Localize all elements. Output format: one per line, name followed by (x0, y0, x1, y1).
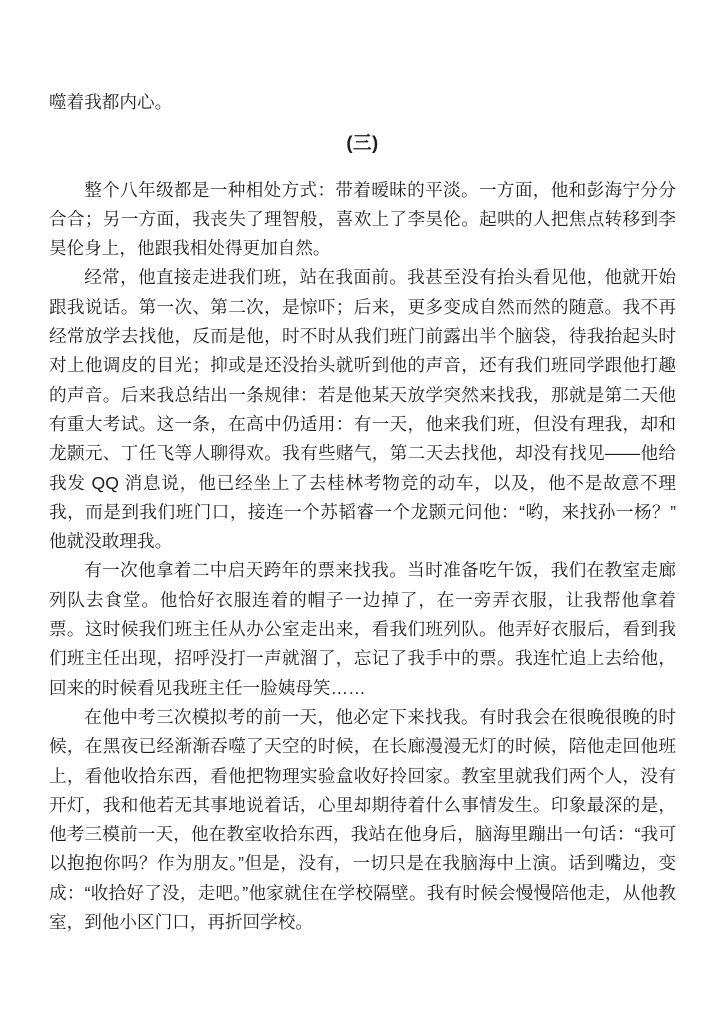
document-page: 噬着我都内心。 (三) 整个八年级都是一种相处方式：带着暧昧的平淡。一方面，他和… (0, 0, 725, 1024)
body-paragraph: 整个八年级都是一种相处方式：带着暧昧的平淡。一方面，他和彭海宁分分合合；另一方面… (49, 176, 676, 264)
continuation-paragraph: 噬着我都内心。 (49, 88, 676, 117)
body-paragraph: 经常，他直接走进我们班，站在我面前。我甚至没有抬头看见他，他就开始跟我说话。第一… (49, 263, 676, 556)
document-body: 噬着我都内心。 (三) 整个八年级都是一种相处方式：带着暧昧的平淡。一方面，他和… (49, 88, 676, 937)
section-heading: (三) (49, 128, 676, 157)
continuation-text: 噬着我都内心。 (49, 92, 172, 112)
body-paragraph: 有一次他拿着二中启天跨年的票来找我。当时准备吃午饭，我们在教室走廊列队去食堂。他… (49, 556, 676, 702)
body-paragraph: 在他中考三次模拟考的前一天，他必定下来找我。有时我会在很晚很晚的时候，在黑夜已经… (49, 703, 676, 937)
